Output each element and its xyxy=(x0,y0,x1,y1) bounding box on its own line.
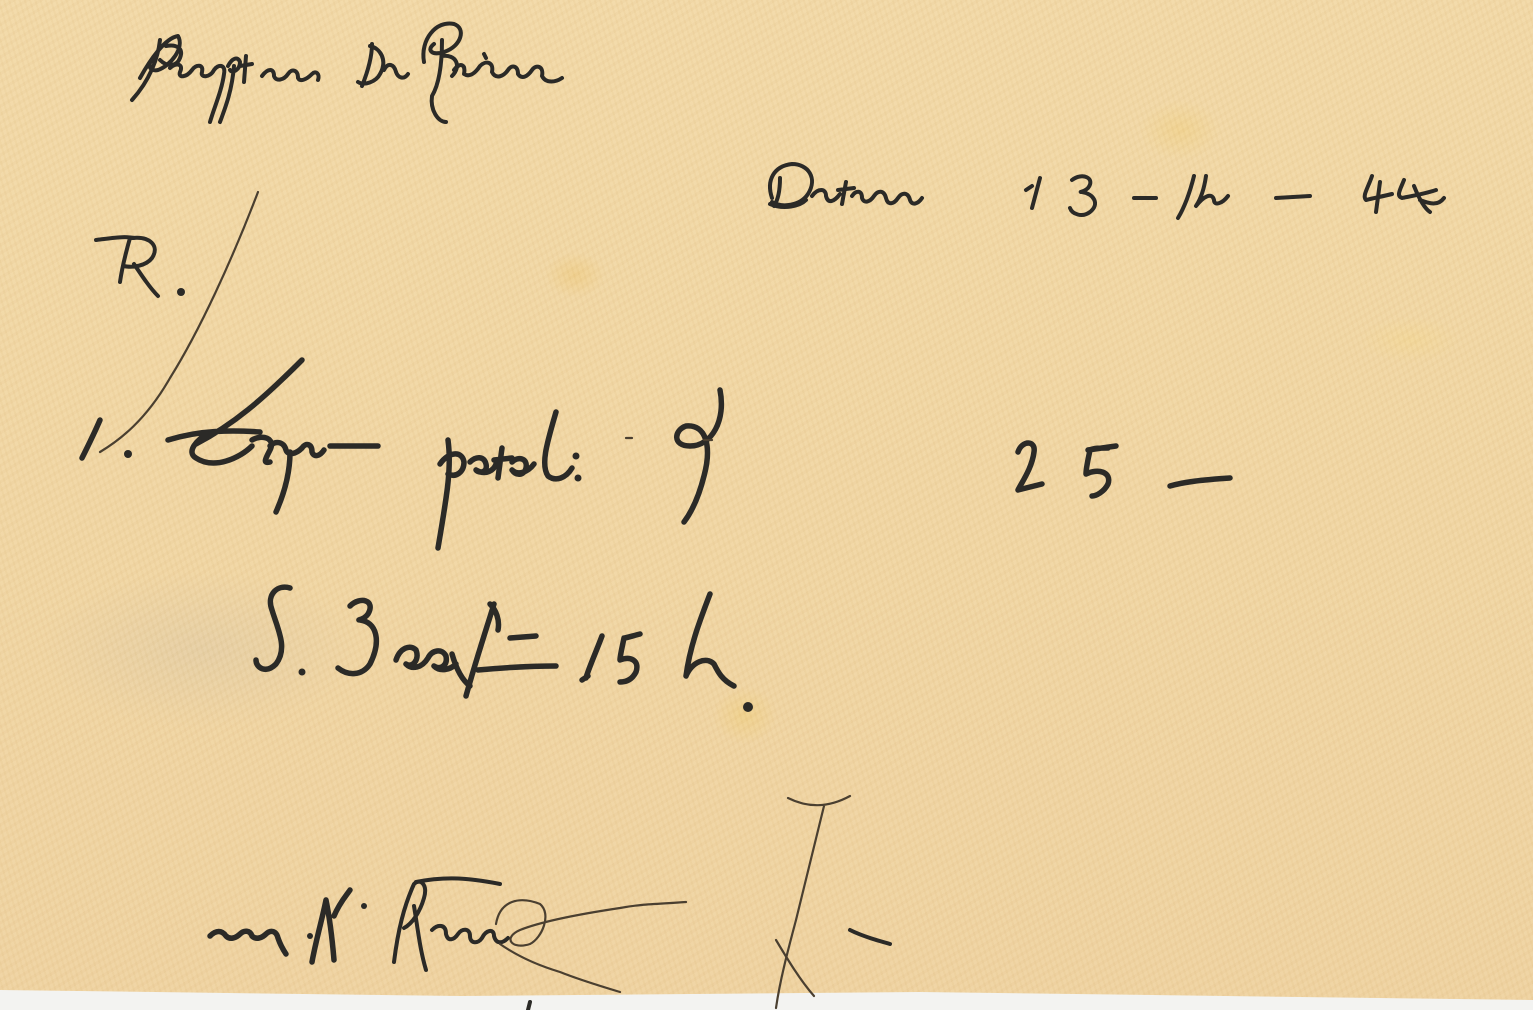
signa-instruction: S. 3 dd gtt 15 h. xyxy=(255,592,744,662)
header-title: Recept van Dr. Riemens xyxy=(130,40,664,91)
signature: van W. Richter Jr xyxy=(210,880,689,945)
prescription-item-1: 1. Sympatol: S 25 – xyxy=(80,420,628,485)
rx-symbol xyxy=(96,192,258,452)
rx-symbol-text: R/ xyxy=(95,236,143,287)
date-text: Datum 13 - 11 - 44 xyxy=(765,166,1144,212)
handwriting-layer xyxy=(0,0,1533,1010)
